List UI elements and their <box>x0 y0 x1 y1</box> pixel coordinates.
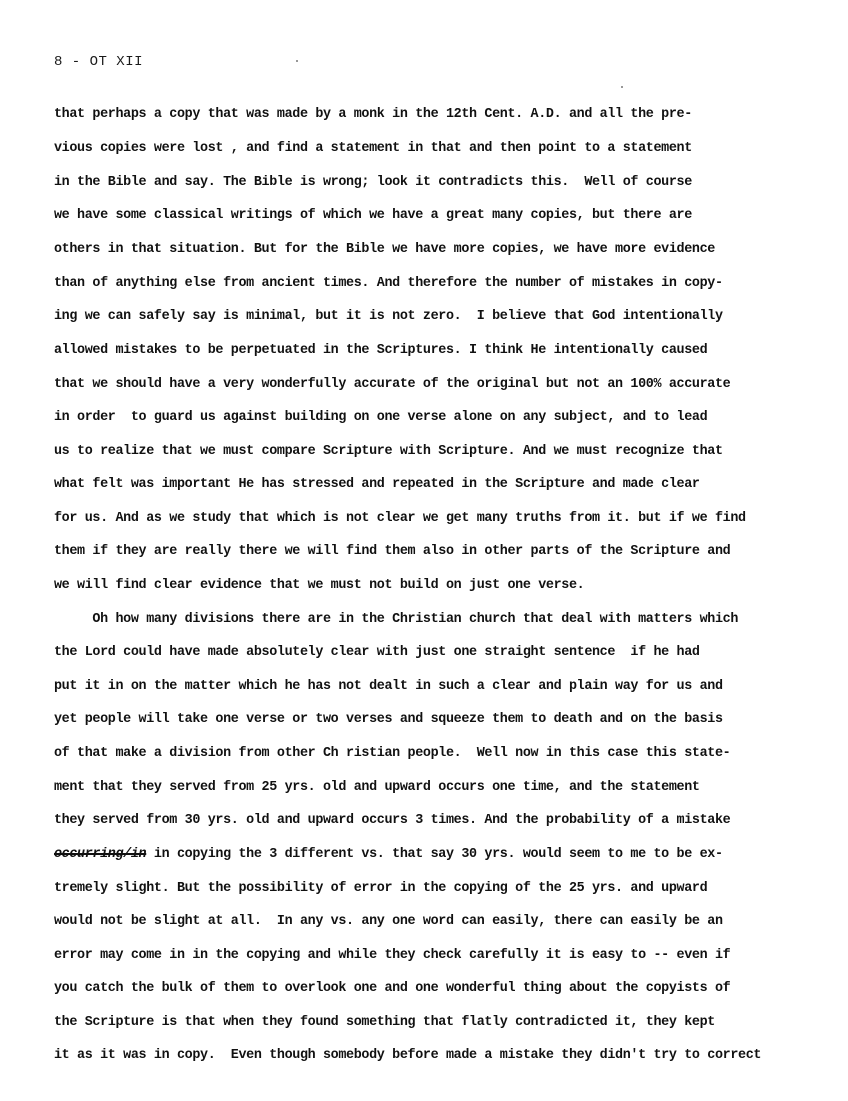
page-header: 8 - OT XII <box>54 54 143 70</box>
text-line: you catch the bulk of them to overlook o… <box>54 980 730 998</box>
struck-out-text: occurring/in <box>54 847 146 862</box>
text-line: the Scripture is that when they found so… <box>54 1014 715 1032</box>
text-line: it as it was in copy. Even though somebo… <box>54 1047 761 1065</box>
text-line: we have some classical writings of which… <box>54 207 692 225</box>
text-line: put it in on the matter which he has not… <box>54 678 723 696</box>
text-line: others in that situation. But for the Bi… <box>54 241 715 259</box>
text-line: of that make a division from other Ch ri… <box>54 745 730 763</box>
text-line: us to realize that we must compare Scrip… <box>54 443 723 461</box>
text-line: that we should have a very wonderfully a… <box>54 376 730 394</box>
text-line: in the Bible and say. The Bible is wrong… <box>54 174 692 192</box>
text-line: in order to guard us against building on… <box>54 409 707 427</box>
text-line: yet people will take one verse or two ve… <box>54 711 723 729</box>
text-line: error may come in in the copying and whi… <box>54 947 730 965</box>
text-line: for us. And as we study that which is no… <box>54 510 746 528</box>
line-text: in copying the 3 different vs. that say … <box>146 847 722 862</box>
paper-speck <box>621 86 623 88</box>
paper-speck <box>296 60 298 62</box>
text-line: would not be slight at all. In any vs. a… <box>54 913 723 931</box>
text-line: vious copies were lost , and find a stat… <box>54 140 692 158</box>
text-line: them if they are really there we will fi… <box>54 543 730 561</box>
text-line: Oh how many divisions there are in the C… <box>54 611 738 629</box>
text-line: we will find clear evidence that we must… <box>54 577 584 595</box>
text-line: ment that they served from 25 yrs. old a… <box>54 779 700 797</box>
text-line: that perhaps a copy that was made by a m… <box>54 106 692 124</box>
typewritten-page: 8 - OT XII that perhaps a copy that was … <box>0 0 848 1101</box>
text-line: allowed mistakes to be perpetuated in th… <box>54 342 707 360</box>
text-line: tremely slight. But the possibility of e… <box>54 880 707 898</box>
text-line: what felt was important He has stressed … <box>54 476 700 494</box>
text-line: the Lord could have made absolutely clea… <box>54 644 700 662</box>
text-line: occurring/in in copying the 3 different … <box>54 846 723 864</box>
text-line: than of anything else from ancient times… <box>54 275 723 293</box>
text-line: they served from 30 yrs. old and upward … <box>54 812 730 830</box>
text-line: ing we can safely say is minimal, but it… <box>54 308 723 326</box>
